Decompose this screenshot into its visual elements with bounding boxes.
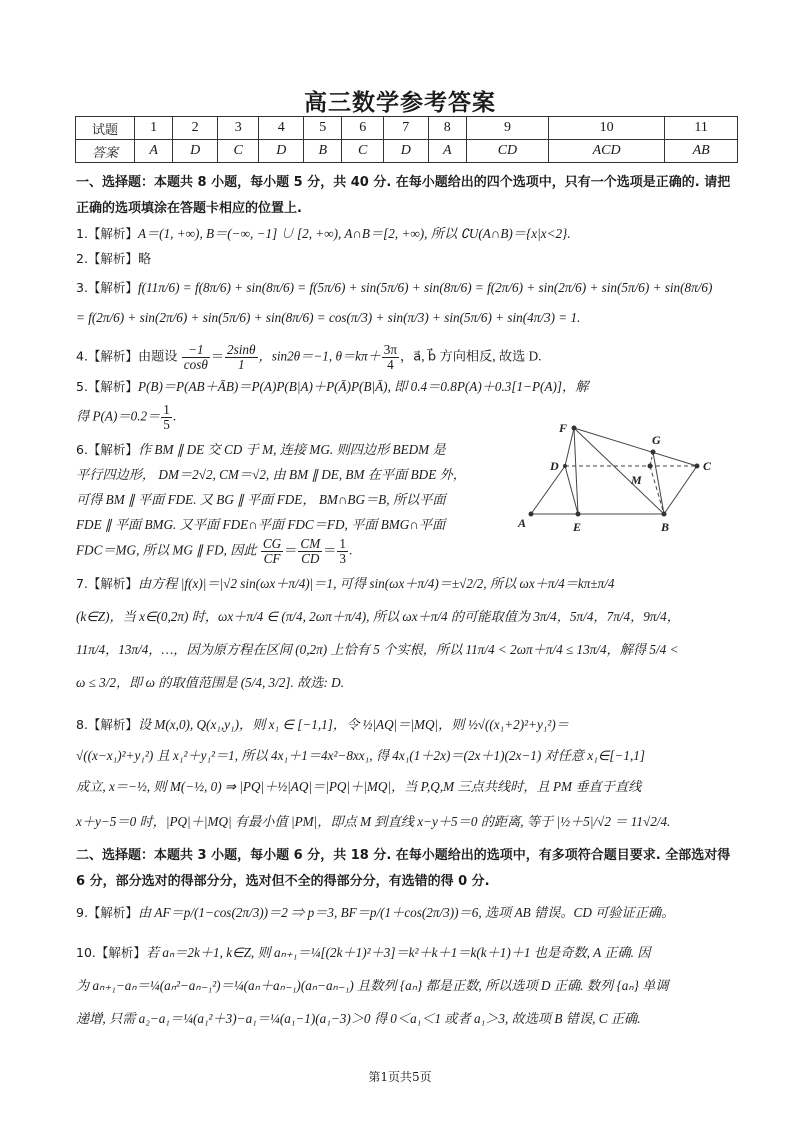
- answer-key-page: 高三数学参考答案 试题 1 2 3 4 5 6 7 8 9 10 11 答案 A…: [0, 0, 800, 1131]
- point-a: [529, 512, 534, 517]
- point-d: [563, 464, 567, 468]
- page-title: 高三数学参考答案: [0, 84, 800, 117]
- point-e: [576, 512, 581, 517]
- solution-9: 9.【解析】由 AF＝p/(1−cos(2π/3))＝2 ⇒ p＝3, BF＝p…: [76, 900, 740, 925]
- svg-text:G: G: [652, 433, 661, 447]
- point-c: [695, 464, 700, 469]
- svg-text:E: E: [572, 520, 581, 534]
- page-footer: 第1页共5页: [0, 1068, 800, 1085]
- geometry-figure: F G D C M A E B: [515, 415, 740, 540]
- svg-text:M: M: [630, 473, 642, 487]
- solution-2: 2.【解析】略: [76, 246, 740, 271]
- point-f: [572, 426, 577, 431]
- solution-8: 8.【解析】设 M(x,0), Q(x₁,y₁)，则 x₁ ∈ [−1,1]，令…: [76, 712, 740, 834]
- answer-table: 试题 1 2 3 4 5 6 7 8 9 10 11 答案 A D C D B …: [75, 116, 738, 163]
- solution-7: 7.【解析】由方程 |f(x)|＝|√2 sin(ωx＋π/4)|＝1, 可得 …: [76, 571, 740, 695]
- svg-text:F: F: [558, 421, 567, 435]
- solution-4: 4.【解析】由题设 −1cosθ＝2sinθ1，sin2θ＝−1, θ＝kπ＋3…: [76, 343, 740, 372]
- point-g: [651, 450, 656, 455]
- svg-text:C: C: [703, 459, 712, 473]
- solution-1: 1.【解析】A＝(1, +∞), B＝(−∞, −1] ∪ [2, +∞), A…: [76, 221, 740, 246]
- solution-5: 5.【解析】P(B)＝P(AB＋ĀB)＝P(A)P(B|A)＋P(Ā)P(B|Ā…: [76, 374, 740, 399]
- svg-text:B: B: [660, 520, 669, 534]
- solution-6: 6.【解析】作 BM ∥ DE 交 CD 于 M, 连接 MG. 则四边形 BE…: [76, 437, 516, 566]
- svg-text:D: D: [549, 459, 559, 473]
- svg-text:A: A: [517, 516, 526, 530]
- solution-3-cont: = f(2π/6) + sin(2π/6) + sin(5π/6) + sin(…: [76, 305, 740, 330]
- fraction: −1cosθ: [182, 343, 210, 372]
- point-b: [662, 512, 667, 517]
- solution-10: 10.【解析】若 aₙ＝2k＋1, k∈Z, 则 aₙ₊₁＝¼[(2k＋1)²＋…: [76, 940, 740, 1031]
- section-2-heading: 二、选择题：本题共 3 小题，每小题 6 分，共 18 分. 在每小题给出的选项…: [76, 843, 740, 895]
- point-m: [648, 464, 653, 469]
- answer-row: 答案 A D C D B C D A CD ACD AB: [76, 140, 738, 163]
- solution-3: 3.【解析】f(11π/6) = f(8π/6) + sin(8π/6) = f…: [76, 275, 740, 300]
- section-1-heading: 一、选择题：本题共 8 小题，每小题 5 分，共 40 分. 在每小题给出的四个…: [76, 170, 740, 222]
- question-row: 试题 1 2 3 4 5 6 7 8 9 10 11: [76, 117, 738, 140]
